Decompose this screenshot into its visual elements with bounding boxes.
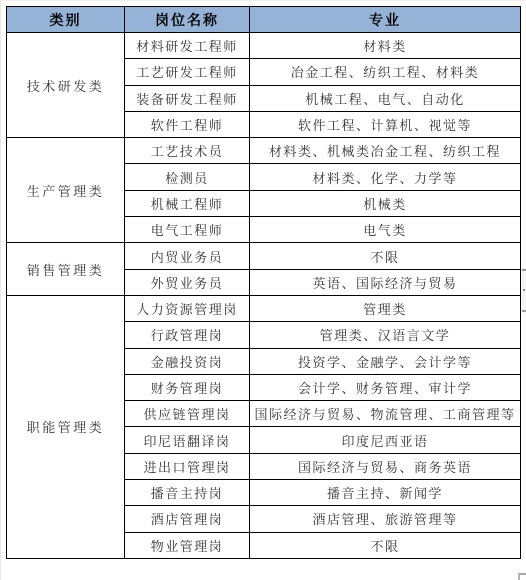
position-cell: 财务管理岗	[125, 374, 250, 400]
major-cell: 英语、国际经济与贸易	[250, 269, 521, 295]
major-cell: 机械工程、电气、自动化	[250, 85, 521, 111]
position-cell: 金融投资岗	[125, 348, 250, 374]
position-cell: 装备研发工程师	[125, 85, 250, 111]
category-cell: 生产管理类	[7, 138, 125, 243]
category-cell: 销售管理类	[7, 243, 125, 296]
position-cell: 工艺技术员	[125, 138, 250, 164]
category-cell: 职能管理类	[7, 295, 125, 558]
major-cell: 材料类、化学、力学等	[250, 164, 521, 190]
major-cell: 国际经济与贸易、商务英语	[250, 453, 521, 479]
position-cell: 机械工程师	[125, 190, 250, 216]
scrollbar-fragment[interactable]	[522, 268, 526, 313]
position-cell: 供应链管理岗	[125, 401, 250, 427]
position-cell: 印尼语翻译岗	[125, 427, 250, 453]
major-cell: 不限	[250, 532, 521, 558]
header-position: 岗位名称	[125, 7, 250, 33]
page-corner-mark	[518, 573, 526, 580]
major-cell: 印度尼西亚语	[250, 427, 521, 453]
major-cell: 不限	[250, 243, 521, 269]
position-cell: 检测员	[125, 164, 250, 190]
position-cell: 进出口管理岗	[125, 453, 250, 479]
position-cell: 人力资源管理岗	[125, 295, 250, 321]
major-cell: 机械类	[250, 190, 521, 216]
header-category: 类别	[7, 7, 125, 33]
position-cell: 电气工程师	[125, 217, 250, 243]
document-page: 类别 岗位名称 专业 技术研发类材料研发工程师材料类工艺研发工程师冶金工程、纺织…	[0, 0, 526, 580]
position-cell: 酒店管理岗	[125, 506, 250, 532]
major-cell: 播音主持、新闻学	[250, 480, 521, 506]
table-row: 生产管理类工艺技术员材料类、机械类冶金工程、纺织工程	[7, 138, 521, 164]
major-cell: 软件工程、计算机、视觉等	[250, 111, 521, 137]
table-row: 技术研发类材料研发工程师材料类	[7, 33, 521, 59]
position-cell: 工艺研发工程师	[125, 59, 250, 85]
major-cell: 酒店管理、旅游管理等	[250, 506, 521, 532]
position-cell: 软件工程师	[125, 111, 250, 137]
major-cell: 电气类	[250, 217, 521, 243]
header-row: 类别 岗位名称 专业	[7, 7, 521, 33]
job-positions-table: 类别 岗位名称 专业 技术研发类材料研发工程师材料类工艺研发工程师冶金工程、纺织…	[6, 6, 521, 559]
major-cell: 管理类	[250, 295, 521, 321]
category-cell: 技术研发类	[7, 33, 125, 138]
header-major: 专业	[250, 7, 521, 33]
position-cell: 材料研发工程师	[125, 33, 250, 59]
major-cell: 会计学、财务管理、审计学	[250, 374, 521, 400]
position-cell: 行政管理岗	[125, 322, 250, 348]
major-cell: 投资学、金融学、会计学等	[250, 348, 521, 374]
major-cell: 材料类	[250, 33, 521, 59]
position-cell: 播音主持岗	[125, 480, 250, 506]
position-cell: 外贸业务员	[125, 269, 250, 295]
position-cell: 物业管理岗	[125, 532, 250, 558]
table-row: 职能管理类人力资源管理岗管理类	[7, 295, 521, 321]
major-cell: 国际经济与贸易、物流管理、工商管理等	[250, 401, 521, 427]
scrollbar-dash-bottom	[522, 310, 526, 312]
table-row: 销售管理类内贸业务员不限	[7, 243, 521, 269]
major-cell: 管理类、汉语言文学	[250, 322, 521, 348]
scrollbar-dot	[523, 289, 525, 291]
major-cell: 冶金工程、纺织工程、材料类	[250, 59, 521, 85]
major-cell: 材料类、机械类冶金工程、纺织工程	[250, 138, 521, 164]
position-cell: 内贸业务员	[125, 243, 250, 269]
scrollbar-dash-top	[522, 269, 526, 271]
